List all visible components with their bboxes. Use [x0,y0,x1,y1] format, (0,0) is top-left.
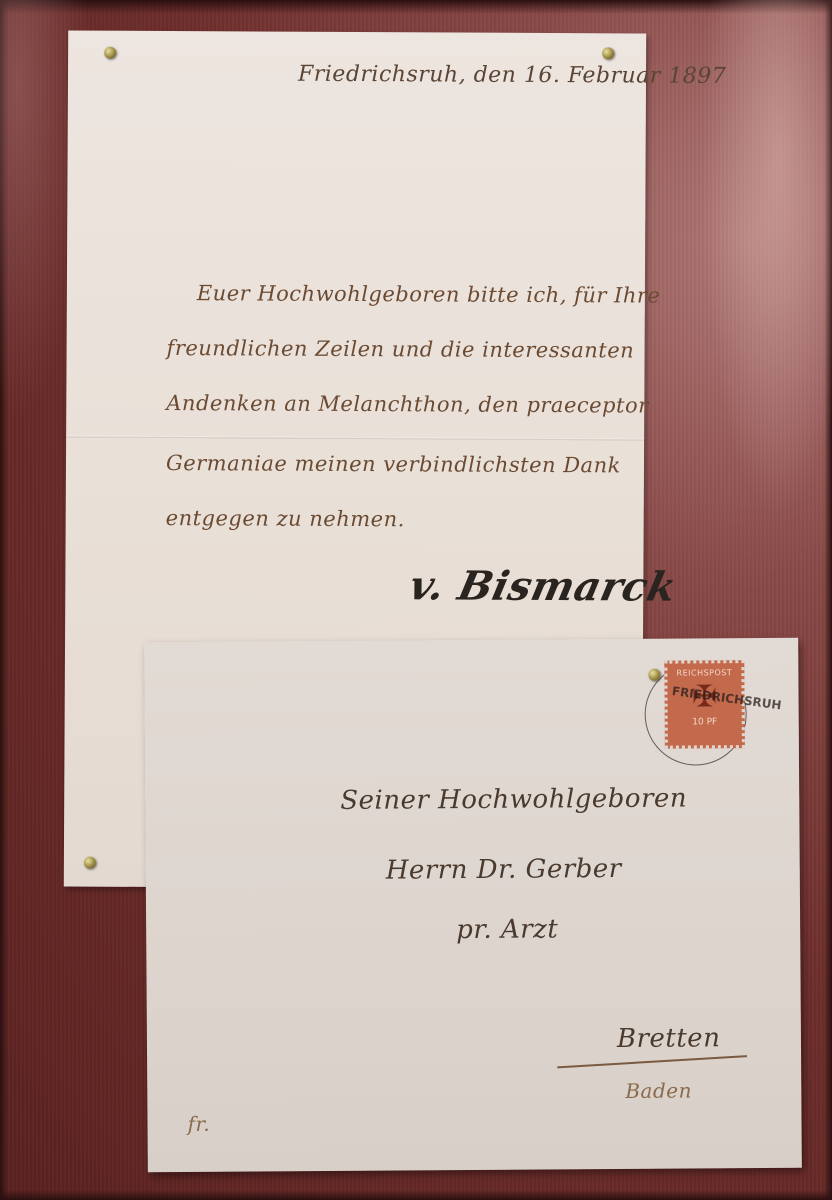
city-underline [557,1055,747,1068]
stamp-issuer: REICHSPOST [667,668,741,678]
destination-region: Baden [625,1078,692,1102]
pin-icon [104,47,116,59]
pin-icon [602,47,614,59]
letter-line: entgegen zu nehmen. [166,506,405,531]
letter-dateline: Friedrichsruh, den 16. Februar 1897 [298,62,726,89]
signature: v. Bismarck [405,562,681,610]
address-line: Seiner Hochwohlgeboren [340,784,687,816]
corner-mark: fr. [187,1112,210,1136]
destination-city: Bretten [617,1023,721,1054]
address-line: Herrn Dr. Gerber [386,854,622,886]
letter-line: freundlichen Zeilen und die interessante… [167,336,635,362]
envelope: REICHSPOST ✠ 10 PF FRIEDRICHSRUH Seiner … [144,638,802,1173]
paper-fold [66,435,644,440]
letter-line: Andenken an Melanchthon, den praeceptor [166,391,648,418]
letter-line: Germaniae meinen verbindlichsten Dank [166,451,621,477]
stamp-value: 10 PF [668,717,742,728]
letter-line: Euer Hochwohlgeboren bitte ich, für Ihre [197,281,661,307]
address-line: pr. Arzt [456,914,558,945]
pin-icon [84,857,96,869]
